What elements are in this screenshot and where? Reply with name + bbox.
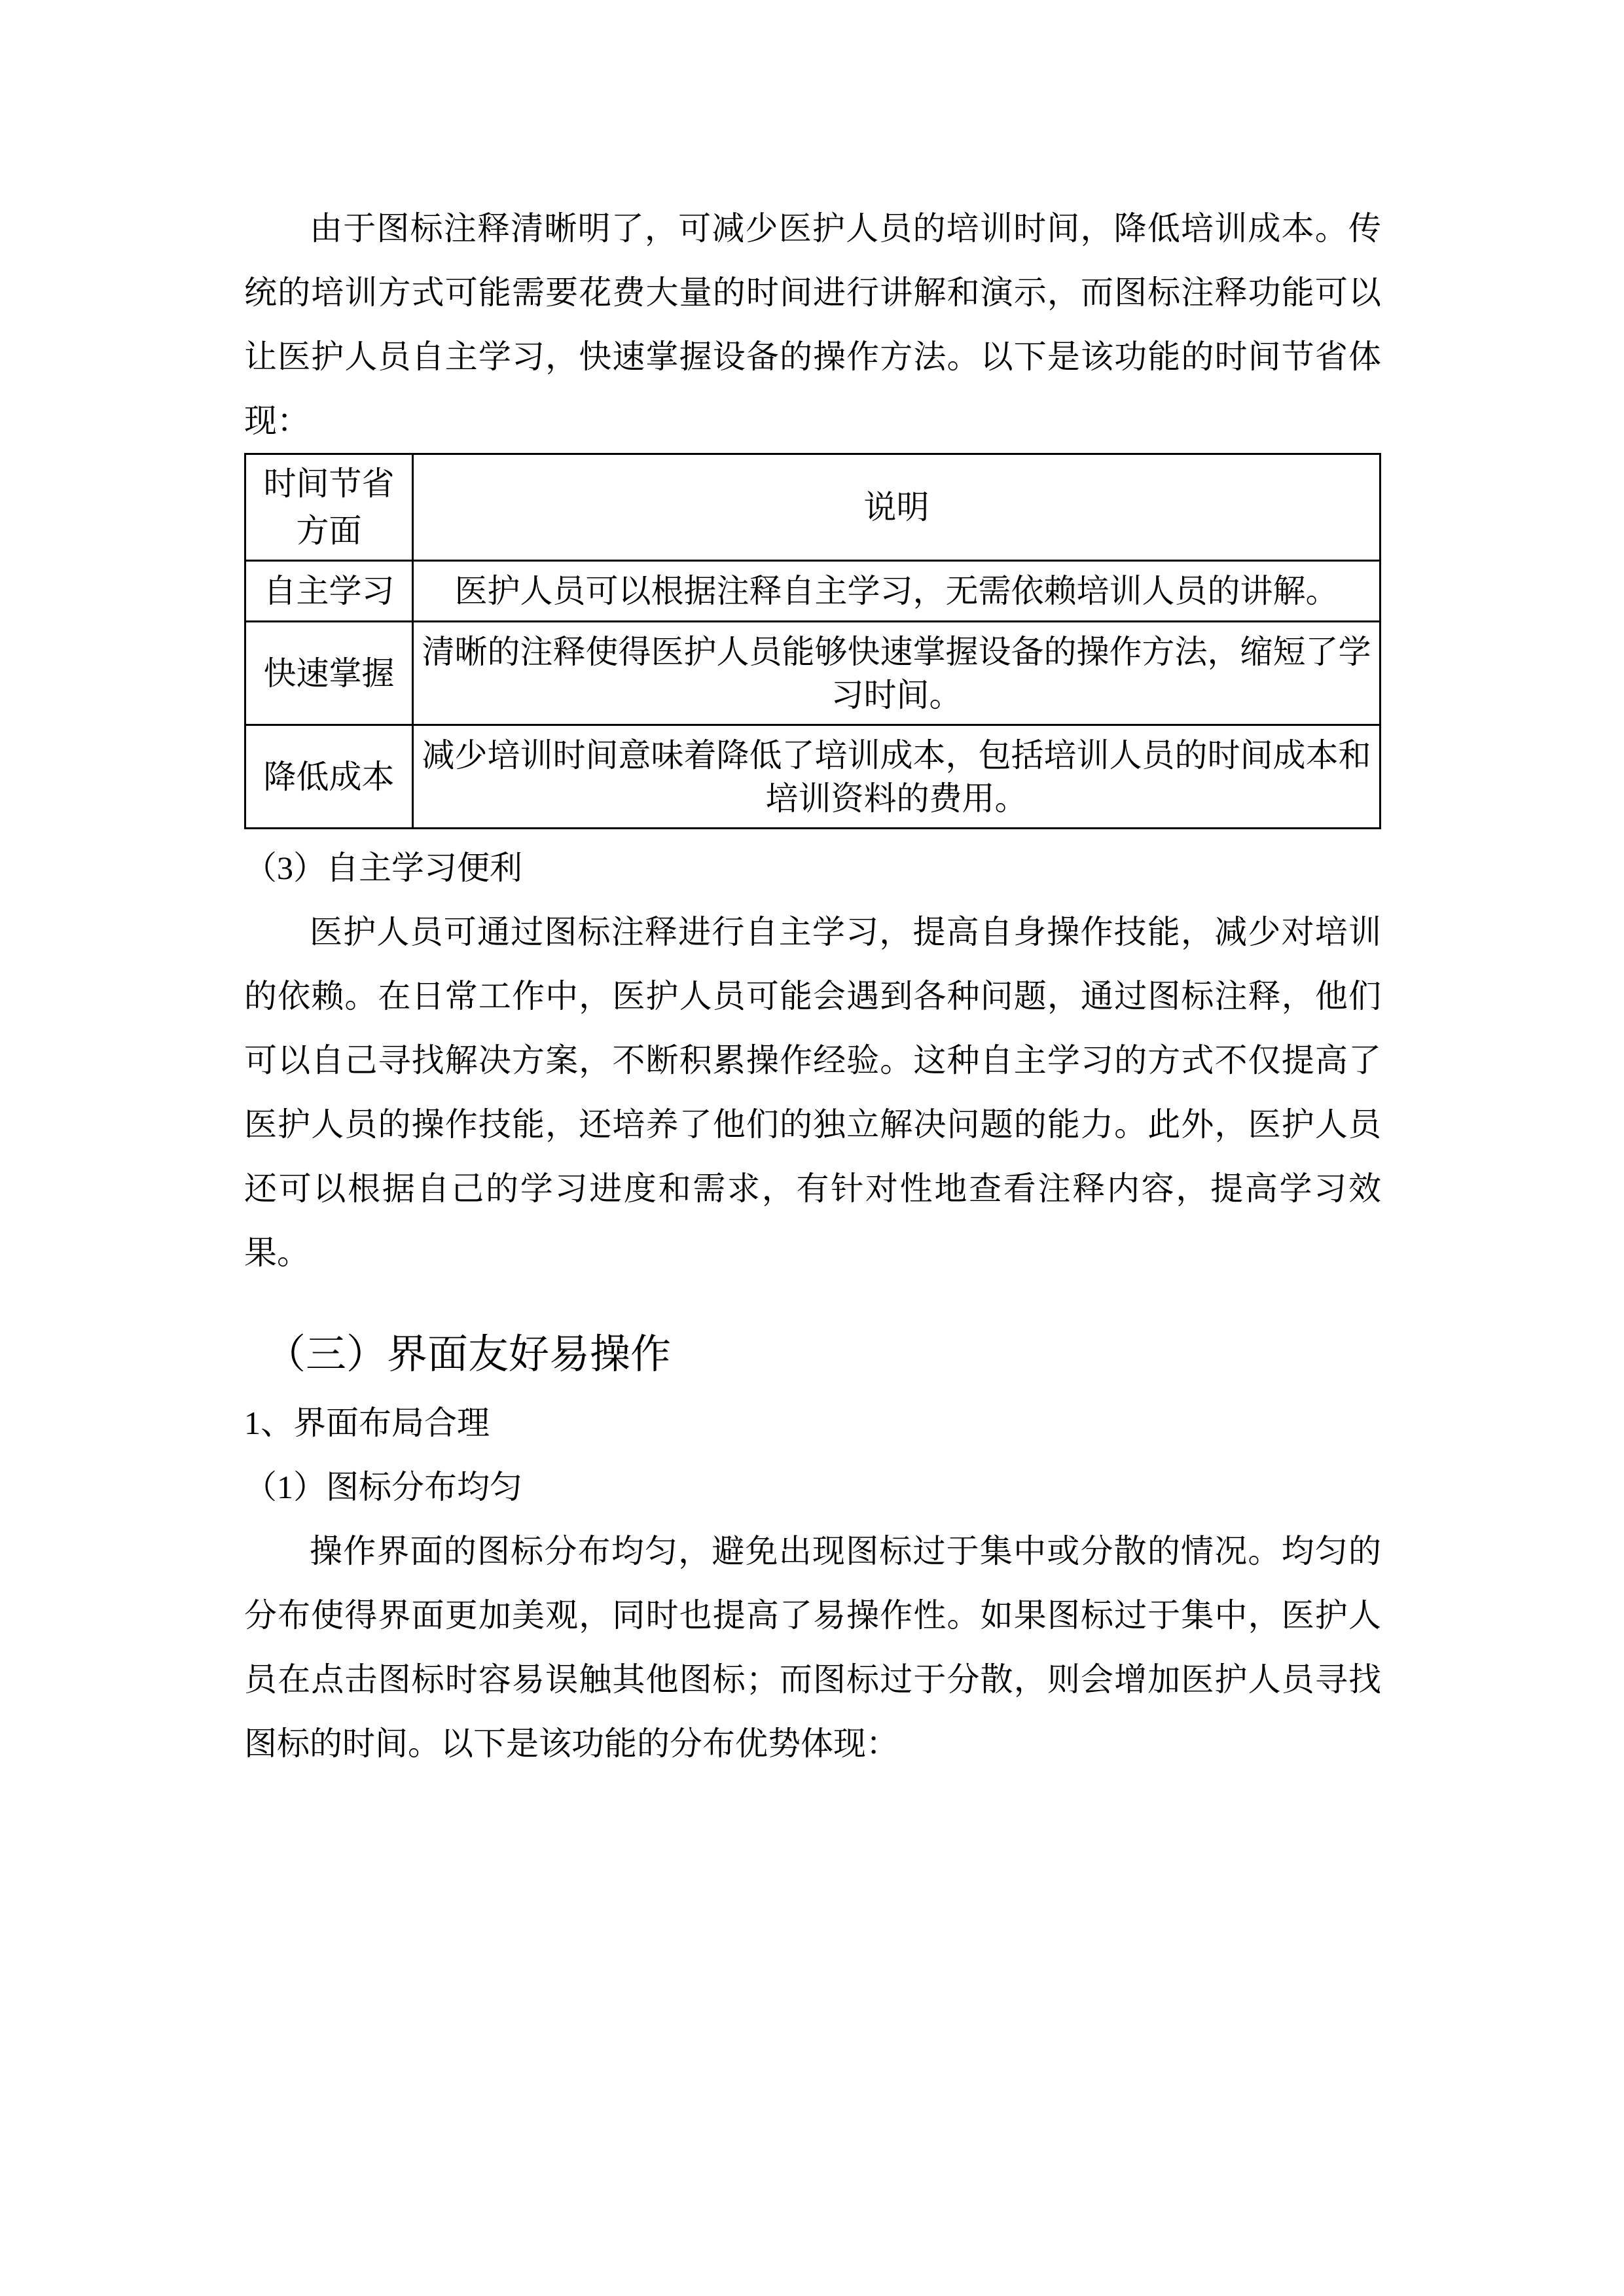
table-row: 降低成本 减少培训时间意味着降低了培训成本，包括培训人员的时间成本和培训资料的费… xyxy=(245,725,1380,829)
subheading-icon-distribution: （1）图标分布均匀 xyxy=(244,1455,1381,1519)
table-cell-aspect: 快速掌握 xyxy=(245,622,413,725)
paragraph-icon-distribution: 操作界面的图标分布均匀，避免出现图标过于集中或分散的情况。均匀的分布使得界面更加… xyxy=(244,1519,1381,1776)
table-cell-description: 减少培训时间意味着降低了培训成本，包括培训人员的时间成本和培训资料的费用。 xyxy=(413,725,1380,829)
table-cell-aspect: 自主学习 xyxy=(245,561,413,622)
table-cell-description: 医护人员可以根据注释自主学习，无需依赖培训人员的讲解。 xyxy=(413,561,1380,622)
section-heading-interface-friendly: （三）界面友好易操作 xyxy=(244,1319,1381,1391)
time-saving-table: 时间节省方面 说明 自主学习 医护人员可以根据注释自主学习，无需依赖培训人员的讲… xyxy=(244,453,1381,829)
table-row: 自主学习 医护人员可以根据注释自主学习，无需依赖培训人员的讲解。 xyxy=(245,561,1380,622)
page-content: 由于图标注释清晰明了，可减少医护人员的培训时间，降低培训成本。传统的培训方式可能… xyxy=(244,196,1381,1776)
table-cell-description: 清晰的注释使得医护人员能够快速掌握设备的操作方法，缩短了学习时间。 xyxy=(413,622,1380,725)
table-cell-aspect: 降低成本 xyxy=(245,725,413,829)
paragraph-training-time: 由于图标注释清晰明了，可减少医护人员的培训时间，降低培训成本。传统的培训方式可能… xyxy=(244,196,1381,453)
paragraph-self-learning: 医护人员可通过图标注释进行自主学习，提高自身操作技能，减少对培训的依赖。在日常工… xyxy=(244,900,1381,1285)
table-header-description: 说明 xyxy=(413,454,1380,561)
table-header-aspect: 时间节省方面 xyxy=(245,454,413,561)
subheading-self-learning: （3）自主学习便利 xyxy=(244,836,1381,900)
subheading-layout: 1、界面布局合理 xyxy=(244,1391,1381,1455)
table-row: 快速掌握 清晰的注释使得医护人员能够快速掌握设备的操作方法，缩短了学习时间。 xyxy=(245,622,1380,725)
document-page: 由于图标注释清晰明了，可减少医护人员的培训时间，降低培训成本。传统的培训方式可能… xyxy=(0,0,1624,2296)
table-header-row: 时间节省方面 说明 xyxy=(245,454,1380,561)
